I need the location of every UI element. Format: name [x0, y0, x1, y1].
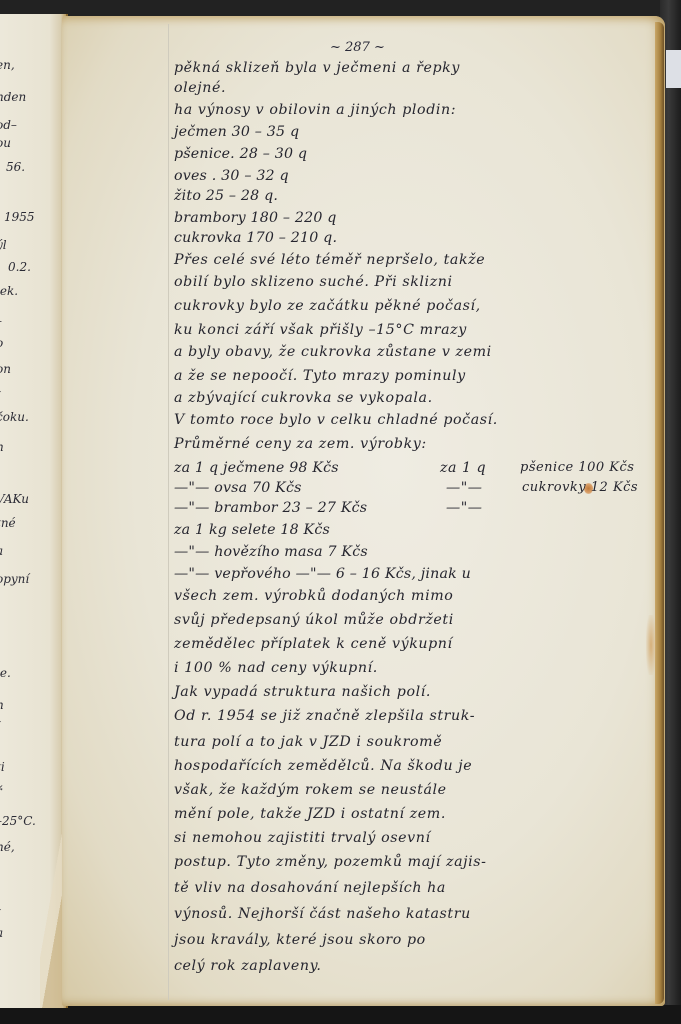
text-line: výnosů. Nejhorší část našeho katastru: [174, 906, 471, 922]
text-line: ha výnosy v obilovin a jiných plodin:: [174, 102, 456, 118]
left-fragment: on: [0, 362, 11, 376]
left-fragment: od–: [0, 118, 17, 132]
text-line: pěkná sklizeň byla v ječmeni a řepky: [174, 60, 460, 76]
yield-row: brambory 180 – 220 q: [174, 210, 337, 226]
left-fragment: né,: [0, 840, 15, 854]
price-row-right: cukrovky 12 Kčs: [522, 480, 638, 495]
bottom-background: [0, 1005, 681, 1024]
text-line: hospodařících zemědělců. Na škodu je: [174, 758, 472, 774]
left-fragment: VAKu: [0, 492, 29, 506]
left-fragment: 1955: [4, 210, 35, 224]
left-fragment: n: [0, 698, 4, 712]
left-fragment: ie.: [0, 666, 11, 680]
text-line: zemědělec příplatek k ceně výkupní: [174, 636, 453, 652]
price-row: za 1 kg selete 18 Kčs: [174, 522, 330, 538]
right-tab-marker: [666, 50, 681, 88]
text-line: Od r. 1954 se již značně zlepšila struk-: [174, 708, 475, 724]
price-row: —"— hovězího masa 7 Kčs: [174, 544, 368, 560]
yield-row: žito 25 – 28 q.: [174, 188, 278, 204]
text-line: ku konci září však přišly –15°C mrazy: [174, 322, 467, 338]
price-row-left: za 1 q ječmene 98 Kčs: [174, 460, 339, 476]
text-line: postup. Tyto změny, pozemků mají zajis-: [174, 854, 487, 870]
left-fragment: –25°C.: [0, 814, 36, 828]
left-fragment: ti: [0, 760, 5, 774]
left-fragment: ou: [0, 136, 11, 150]
yield-row: ječmen 30 – 35 q: [174, 124, 299, 140]
price-row-right-prefix: —"—: [446, 500, 482, 516]
left-fragment: 56.: [6, 160, 25, 174]
text-line: a byly obavy, že cukrovka zůstane v zemi: [174, 344, 492, 360]
left-fragment: 0.2.: [8, 260, 31, 274]
left-fragment: čoku.: [0, 410, 29, 424]
left-fragment: ř: [0, 784, 2, 798]
left-fragment: –: [0, 314, 2, 328]
left-fragment: o: [0, 336, 3, 350]
section-heading: Jak vypadá struktura našich polí.: [174, 684, 431, 700]
left-page: en, nden od– ou 56. 1955 ýl 0.2. lek. – …: [0, 14, 68, 1008]
text-line: celý rok zaplaveny.: [174, 958, 321, 974]
price-row-left: —"— ovsa 70 Kčs: [174, 480, 302, 496]
left-fragment: nden: [0, 90, 26, 104]
left-fragment: lek.: [0, 284, 18, 298]
text-line: jsou kravály, které jsou skoro po: [174, 932, 426, 948]
yield-row: pšenice. 28 – 30 q: [174, 146, 307, 162]
section-heading: Průměrné ceny za zem. výrobky:: [174, 436, 427, 452]
left-fragment: a: [0, 544, 3, 558]
text-line: však, že každým rokem se neustále: [174, 782, 447, 798]
price-row-right-prefix: —"—: [446, 480, 482, 496]
price-row-right-prefix: za 1 q: [440, 460, 486, 476]
page-number: ~ 287 ~: [330, 40, 385, 55]
yield-row: oves . 30 – 32 q: [174, 168, 289, 184]
margin-line: [168, 24, 169, 1000]
text-line: Přes celé své léto téměř nepršelo, takže: [174, 252, 485, 268]
text-line: V tomto roce bylo v celku chladné počasí…: [174, 412, 498, 428]
text-line: mění pole, takže JZD i ostatní zem.: [174, 806, 446, 822]
left-fragment: ýl: [0, 238, 7, 252]
left-fragment: tné: [0, 516, 16, 530]
stain-mark: [646, 615, 656, 675]
left-fragment: en,: [0, 58, 15, 72]
text-line: a že se nepoočí. Tyto mrazy pominuly: [174, 368, 466, 384]
left-page-torn-edge: [40, 834, 62, 1008]
left-fragment: a: [0, 926, 3, 940]
text-line: svůj předepsaný úkol může obdržeti: [174, 612, 454, 628]
left-fragment: n: [0, 440, 4, 454]
yield-row: cukrovka 170 – 210 q.: [174, 230, 337, 246]
text-line: a zbývající cukrovka se vykopala.: [174, 390, 433, 406]
text-line: obilí bylo sklizeno suché. Při sklizni: [174, 274, 453, 290]
text-line: cukrovky bylo ze začátku pěkné počasí,: [174, 298, 481, 314]
text-line: tě vliv na dosahování nejlepších ha: [174, 880, 446, 896]
text-line: tura polí a to jak v JZD i soukromě: [174, 734, 442, 750]
text-line: všech zem. výrobků dodaných mimo: [174, 588, 453, 604]
text-line: i 100 % nad ceny výkupní.: [174, 660, 378, 676]
text-line: si nemohou zajistiti trvalý osevní: [174, 830, 431, 846]
left-fragment: opyní: [0, 572, 29, 586]
text-line: olejné.: [174, 80, 226, 96]
price-row-right: pšenice 100 Kčs: [520, 460, 634, 475]
price-row: —"— vepřového —"— 6 – 16 Kčs, jinak u: [174, 566, 471, 582]
price-row-left: —"— brambor 23 – 27 Kčs: [174, 500, 367, 516]
page-edge: [655, 22, 664, 1004]
